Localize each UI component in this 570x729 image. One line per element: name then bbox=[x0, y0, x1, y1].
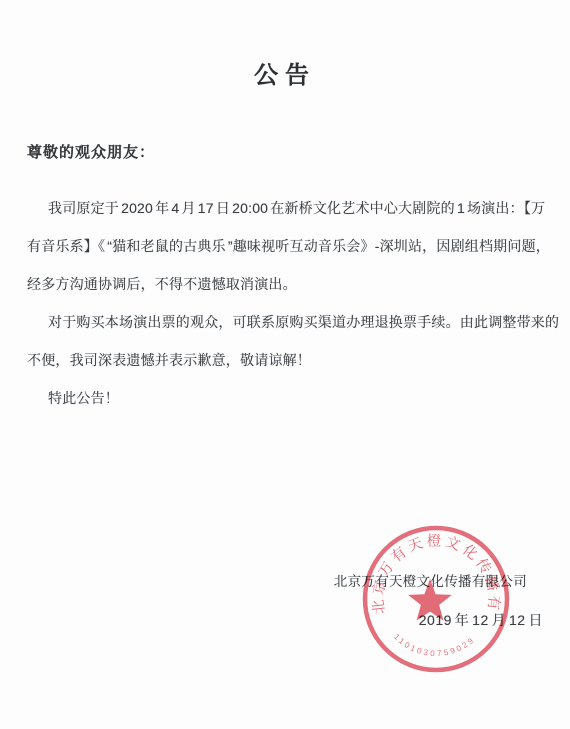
company-seal: 北京万有天橙文化传播有限公司 1101030759029 bbox=[356, 519, 516, 679]
body-line: 经多方沟通协调后，不得不遗憾取消演出。 bbox=[27, 265, 552, 303]
seal-serial: 1101030759029 bbox=[392, 632, 477, 658]
seal-ring bbox=[365, 528, 507, 670]
body-line: 不便，我司深表遗憾并表示歉意，敬请谅解！ bbox=[27, 341, 552, 379]
announcement-body: 我司原定于 2020 年 4 月 17 日 20:00 在新桥文化艺术中心大剧院… bbox=[27, 189, 552, 417]
salutation: 尊敬的观众朋友： bbox=[27, 141, 155, 162]
announcement-page: 公告 尊敬的观众朋友： 我司原定于 2020 年 4 月 17 日 20:00 … bbox=[0, 0, 570, 729]
body-line: 对于购买本场演出票的观众，可联系原购买渠道办理退换票手续。由此调整带来的 bbox=[27, 303, 552, 341]
body-line: 特此公告！ bbox=[27, 379, 552, 417]
seal-ring-text: 北京万有天橙文化传播有限公司 bbox=[356, 519, 503, 615]
body-line: 有音乐系】《 “猫和老鼠的古典乐 ”趣味视听互动音乐会》-深圳站，因剧组档期问题… bbox=[27, 227, 552, 265]
signature-date: 2019 年 12 月 12 日 bbox=[419, 610, 543, 630]
signature-company: 北京万有天橙文化传播有限公司 bbox=[334, 570, 527, 590]
announcement-title: 公告 bbox=[0, 55, 570, 90]
body-line: 我司原定于 2020 年 4 月 17 日 20:00 在新桥文化艺术中心大剧院… bbox=[27, 189, 552, 227]
